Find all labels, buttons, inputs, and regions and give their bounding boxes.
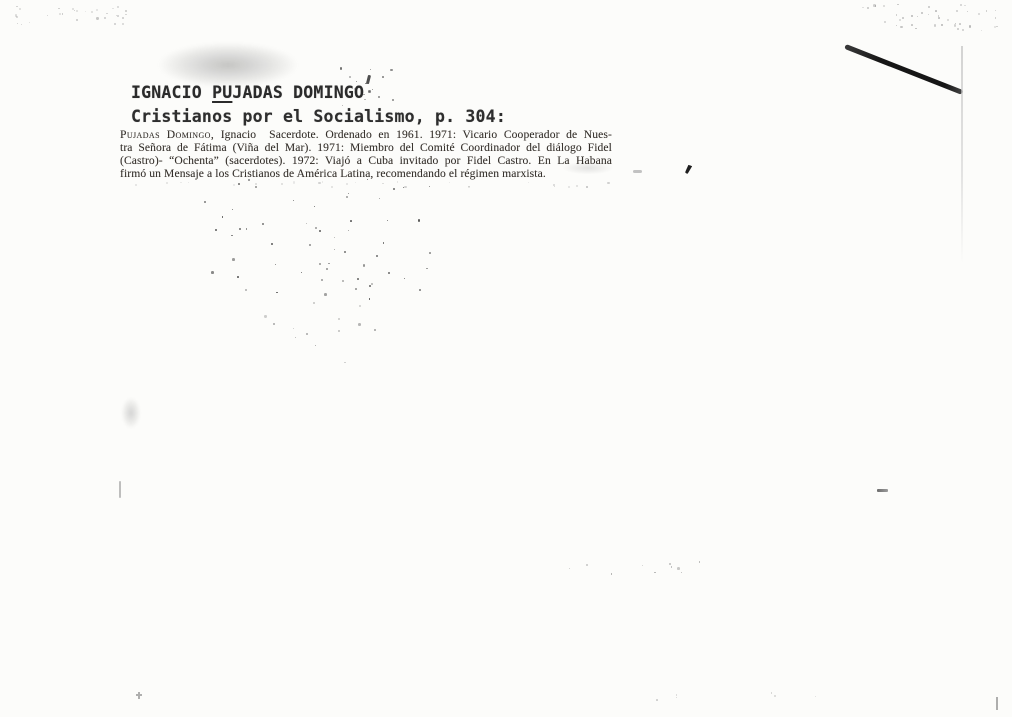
noise-speckle	[397, 181, 399, 183]
noise-speckle	[334, 249, 335, 250]
noise-speckle	[324, 293, 327, 296]
noise-speckle	[382, 183, 384, 185]
noise-speckle	[326, 268, 328, 270]
noise-speckle	[956, 10, 958, 12]
noise-speckle	[403, 187, 404, 188]
noise-speckle	[554, 186, 555, 187]
noise-speckle	[96, 9, 98, 11]
noise-speckle	[315, 227, 317, 229]
noise-speckle	[938, 17, 940, 19]
noise-speckle	[468, 186, 470, 188]
noise-speckle	[357, 278, 359, 280]
noise-speckle	[318, 182, 320, 184]
noise-speckle	[676, 697, 677, 698]
noise-speckle	[986, 10, 988, 12]
noise-speckle	[281, 183, 284, 186]
noise-speckle	[76, 19, 78, 21]
noise-speckle	[370, 69, 371, 70]
stray-mark-artifact	[633, 170, 642, 173]
noise-speckle	[47, 15, 48, 16]
noise-speckle	[17, 23, 18, 24]
noise-speckle	[319, 263, 321, 265]
noise-speckle	[117, 15, 119, 17]
noise-speckle	[125, 10, 127, 12]
book-clipping: Pujadas Domingo, IgnacioSacerdote. Orden…	[120, 128, 612, 180]
left-margin-smudge-artifact	[118, 392, 144, 434]
noise-speckle	[899, 19, 902, 22]
noise-speckle	[418, 219, 421, 222]
noise-speckle	[29, 22, 30, 23]
clipping-text: Sacerdote. Ordenado en 1961. 1971: Vicar…	[269, 128, 612, 141]
title-underlined-segment: PU	[212, 83, 232, 102]
noise-speckle	[915, 28, 917, 30]
noise-speckle	[928, 14, 929, 15]
noise-speckle	[135, 184, 137, 186]
scanned-page: IGNACIO PUJADAS DOMINGO Cristianos por e…	[0, 0, 1012, 717]
noise-speckle	[815, 696, 816, 697]
noise-speckle	[271, 243, 273, 245]
noise-speckle	[355, 182, 356, 183]
noise-speckle	[388, 272, 390, 274]
noise-speckle	[896, 14, 897, 15]
noise-speckle	[372, 89, 373, 90]
noise-speckle	[383, 242, 385, 244]
noise-speckle	[322, 181, 323, 182]
noise-speckle	[237, 276, 239, 278]
clipping-first-name: Ignacio	[221, 128, 256, 141]
noise-speckle	[359, 305, 361, 307]
noise-speckle	[19, 8, 21, 10]
noise-speckle	[306, 223, 307, 224]
noise-speckle	[911, 24, 913, 26]
noise-speckle	[429, 186, 430, 187]
noise-speckle	[293, 200, 294, 201]
clipping-lead-name: Pujadas Domingo,	[120, 128, 214, 141]
noise-speckle	[978, 13, 980, 15]
noise-speckle	[275, 264, 276, 265]
noise-speckle	[364, 99, 366, 101]
noise-speckle	[204, 201, 206, 203]
noise-speckle	[58, 8, 59, 9]
noise-speckle	[957, 28, 959, 30]
clipping-line: (Castro)- “Ochenta” (sacerdotes). 1972: …	[120, 154, 612, 167]
noise-speckle	[21, 24, 22, 25]
noise-speckle	[104, 17, 106, 19]
noise-speckle	[393, 188, 395, 190]
noise-speckle	[378, 96, 380, 98]
noise-speckle	[344, 251, 346, 253]
noise-speckle	[921, 12, 923, 14]
noise-speckle	[967, 11, 968, 12]
noise-speckle	[215, 229, 217, 231]
noise-speckle	[262, 223, 264, 225]
noise-speckle	[392, 99, 394, 101]
noise-speckle	[295, 337, 296, 338]
noise-speckle	[875, 5, 877, 7]
noise-speckle	[941, 24, 942, 25]
noise-speckle	[255, 183, 257, 185]
noise-speckle	[699, 561, 700, 562]
noise-speckle	[96, 17, 98, 19]
noise-speckle	[232, 258, 235, 261]
noise-speckle	[934, 24, 936, 26]
noise-speckle	[342, 280, 344, 282]
noise-speckle	[404, 186, 407, 189]
noise-speckle	[387, 220, 389, 222]
noise-speckle	[382, 76, 384, 78]
noise-speckle	[315, 345, 316, 346]
noise-speckle	[576, 185, 577, 186]
noise-speckle	[125, 14, 126, 15]
noise-speckle	[896, 25, 897, 26]
noise-speckle	[356, 81, 357, 82]
clipping-line: firmó un Mensaje a los Cristianos de Amé…	[120, 167, 612, 180]
noise-speckle	[348, 193, 349, 194]
noise-speckle	[117, 6, 119, 8]
noise-speckle	[677, 567, 680, 570]
noise-speckle	[122, 17, 124, 19]
noise-speckle	[313, 302, 315, 304]
noise-speckle	[873, 4, 876, 7]
noise-speckle	[331, 186, 333, 188]
noise-speckle	[334, 237, 335, 238]
noise-speckle	[255, 186, 257, 188]
noise-speckle	[611, 573, 613, 575]
noise-speckle	[344, 362, 346, 364]
noise-speckle	[996, 26, 998, 28]
noise-speckle	[426, 268, 428, 270]
noise-speckle	[468, 186, 470, 188]
noise-speckle	[368, 90, 371, 93]
noise-speckle	[568, 186, 570, 188]
noise-speckle	[376, 255, 378, 257]
noise-speckle	[188, 182, 189, 183]
noise-speckle	[928, 6, 930, 8]
stray-mark-artifact	[366, 75, 371, 84]
noise-speckle	[995, 17, 997, 19]
noise-speckle	[358, 323, 361, 326]
noise-speckle	[238, 183, 240, 185]
noise-speckle	[293, 328, 294, 329]
noise-speckle	[314, 206, 315, 207]
clipping-line: tra Señora de Fátima (Viña del Mar). 197…	[120, 141, 612, 154]
noise-speckle	[917, 16, 918, 17]
noise-speckle	[404, 278, 406, 280]
noise-speckle	[166, 182, 168, 184]
noise-speckle	[553, 184, 555, 186]
noise-speckle	[954, 24, 957, 27]
noise-speckle	[15, 14, 17, 16]
noise-speckle	[586, 186, 588, 188]
noise-speckle	[231, 235, 232, 236]
stray-mark-artifact	[996, 697, 998, 710]
noise-speckle	[72, 8, 74, 10]
noise-speckle	[449, 182, 450, 183]
noise-speckle	[112, 8, 113, 9]
noise-speckle	[419, 289, 421, 291]
noise-speckle	[379, 198, 380, 199]
stray-mark-artifact	[138, 692, 140, 699]
noise-speckle	[306, 333, 308, 335]
noise-speckle	[374, 329, 376, 331]
noise-speckle	[390, 69, 392, 71]
noise-speckle	[85, 11, 86, 12]
noise-speckle	[239, 228, 242, 231]
noise-speckle	[340, 67, 342, 69]
noise-speckle	[264, 315, 266, 317]
noise-speckle	[964, 5, 965, 6]
noise-speckle	[319, 230, 321, 232]
noise-speckle	[884, 21, 886, 23]
noise-speckle	[654, 572, 656, 574]
noise-speckle	[995, 10, 996, 11]
noise-speckle	[16, 16, 18, 18]
document-subtitle: Cristianos por el Socialismo, p. 304:	[131, 107, 506, 126]
noise-speckle	[122, 23, 124, 25]
noise-speckle	[676, 694, 678, 696]
noise-speckle	[338, 318, 340, 320]
noise-speckle	[74, 10, 76, 12]
title-segment: IGNACIO	[131, 83, 212, 102]
noise-speckle	[59, 13, 61, 15]
noise-speckle	[656, 699, 658, 701]
noise-speckle	[947, 19, 949, 21]
noise-speckle	[273, 323, 275, 325]
noise-speckle	[671, 566, 673, 568]
title-segment: JADAS DOMINGO	[232, 83, 364, 102]
noise-speckle	[222, 216, 224, 218]
noise-speckle	[246, 228, 247, 229]
noise-speckle	[771, 692, 773, 694]
noise-speckle	[301, 272, 302, 273]
noise-speckle	[959, 23, 961, 25]
noise-speckle	[91, 11, 93, 13]
noise-speckle	[16, 6, 18, 8]
noise-speckle	[911, 15, 912, 16]
noise-speckle	[116, 15, 117, 16]
noise-speckle	[938, 15, 939, 16]
noise-speckle	[607, 182, 610, 185]
noise-speckle	[233, 184, 235, 186]
noise-speckle	[902, 17, 904, 19]
noise-speckle	[994, 26, 997, 29]
noise-speckle	[900, 26, 902, 28]
noise-speckle	[363, 264, 366, 267]
noise-speckle	[960, 4, 962, 6]
noise-speckle	[969, 25, 972, 28]
clipping-line: Pujadas Domingo, IgnacioSacerdote. Orden…	[120, 128, 612, 141]
noise-speckle	[114, 23, 116, 25]
noise-speckle	[348, 230, 349, 231]
noise-speckle	[321, 279, 323, 281]
noise-speckle	[346, 196, 348, 198]
stray-dash-artifact	[877, 489, 888, 492]
noise-speckle	[935, 10, 937, 12]
noise-speckle	[897, 4, 899, 6]
noise-speckle	[429, 252, 431, 254]
noise-speckle	[346, 183, 348, 185]
noise-speckle	[862, 7, 863, 8]
noise-speckle	[293, 181, 296, 184]
noise-speckle	[528, 182, 529, 183]
noise-speckle	[867, 7, 869, 9]
noise-speckle	[955, 23, 956, 24]
noise-speckle	[369, 91, 370, 92]
noise-speckle	[76, 10, 78, 12]
noise-speckle	[180, 182, 182, 184]
document-title: IGNACIO PUJADAS DOMINGO	[131, 83, 364, 102]
noise-speckle	[338, 330, 340, 332]
noise-speckle	[369, 285, 371, 287]
noise-speckle	[586, 186, 588, 188]
noise-speckle	[642, 565, 643, 566]
noise-speckle	[586, 564, 588, 566]
noise-speckle	[883, 5, 886, 8]
noise-speckle	[350, 220, 352, 222]
noise-speckle	[276, 292, 277, 293]
noise-speckle	[669, 563, 671, 565]
noise-speckle	[369, 298, 371, 300]
noise-speckle	[681, 572, 682, 573]
noise-speckle	[328, 263, 330, 265]
noise-speckle	[962, 29, 964, 31]
noise-speckle	[981, 30, 982, 31]
noise-speckle	[774, 695, 776, 697]
noise-speckle	[586, 186, 588, 188]
noise-speckle	[232, 209, 233, 210]
page-edge-line-artifact	[961, 46, 963, 264]
noise-speckle	[211, 271, 214, 274]
noise-speckle	[245, 289, 248, 292]
noise-speckle	[355, 288, 357, 290]
noise-speckle	[371, 283, 373, 285]
stray-mark-artifact	[119, 481, 121, 498]
noise-speckle	[569, 568, 570, 569]
stray-mark-artifact	[685, 164, 693, 174]
noise-speckle	[62, 13, 64, 15]
noise-speckle	[106, 13, 108, 15]
pen-stroke-artifact	[844, 44, 963, 95]
noise-speckle	[365, 83, 367, 85]
noise-speckle	[309, 244, 311, 246]
noise-speckle	[349, 76, 351, 78]
